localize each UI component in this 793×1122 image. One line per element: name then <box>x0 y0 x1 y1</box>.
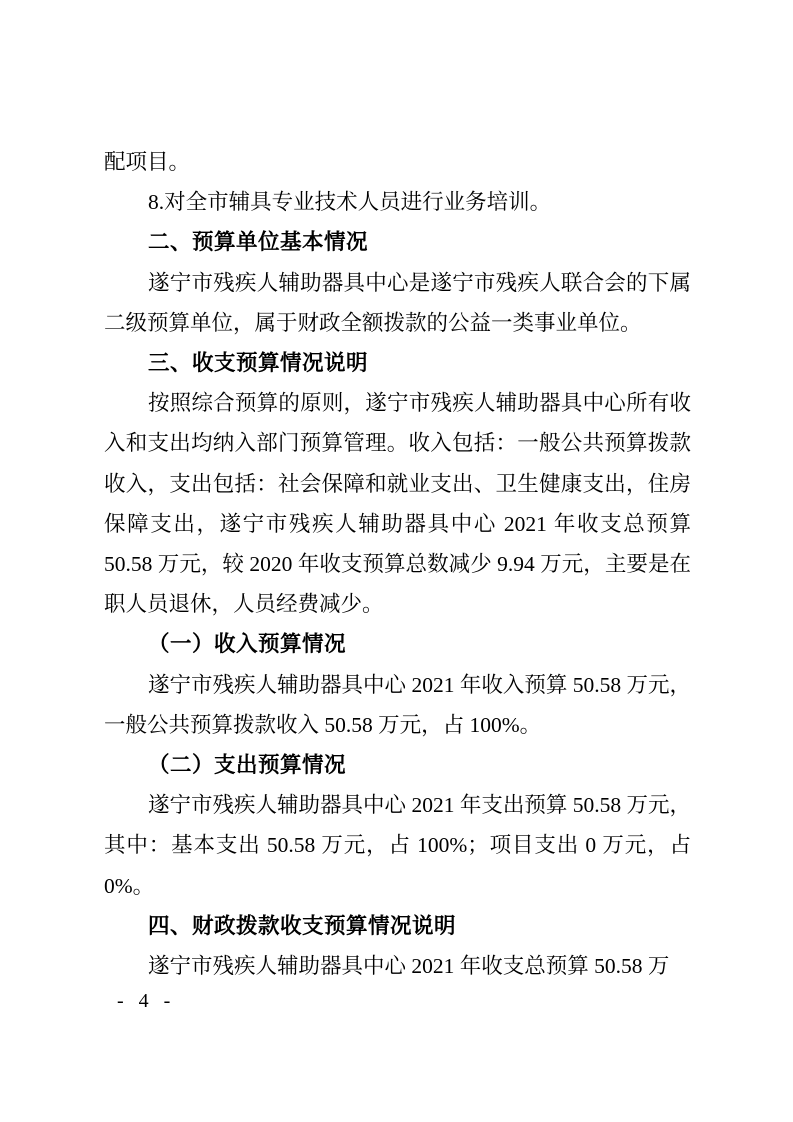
document-body: 配项目。 8.对全市辅具专业技术人员进行业务培训。 二、预算单位基本情况 遂宁市… <box>104 142 691 986</box>
paragraph-budget-overview: 按照综合预算的原则，遂宁市残疾人辅助器具中心所有收入和支出均纳入部门预算管理。收… <box>104 383 691 624</box>
subsection-heading-expenditure: （二）支出预算情况 <box>104 745 691 785</box>
subsection-heading-income: （一）收入预算情况 <box>104 624 691 664</box>
paragraph-income-budget: 遂宁市残疾人辅助器具中心 2021 年收入预算 50.58 万元，一般公共预算拨… <box>104 665 691 745</box>
paragraph-unit-overview: 遂宁市残疾人辅助器具中心是遂宁市残疾人联合会的下属二级预算单位，属于财政全额拨款… <box>104 263 691 343</box>
document-page: 配项目。 8.对全市辅具专业技术人员进行业务培训。 二、预算单位基本情况 遂宁市… <box>0 0 793 1122</box>
section-heading-4: 四、财政拨款收支预算情况说明 <box>104 906 691 946</box>
paragraph-item-8: 8.对全市辅具专业技术人员进行业务培训。 <box>104 182 691 222</box>
section-heading-3: 三、收支预算情况说明 <box>104 343 691 383</box>
paragraph-expenditure-budget: 遂宁市残疾人辅助器具中心 2021 年支出预算 50.58 万元，其中：基本支出… <box>104 785 691 906</box>
section-heading-2: 二、预算单位基本情况 <box>104 222 691 262</box>
page-number: - 4 - <box>117 986 175 1016</box>
paragraph-fiscal-appropriation: 遂宁市残疾人辅助器具中心 2021 年收支总预算 50.58 万 <box>104 946 691 986</box>
paragraph-continuation: 配项目。 <box>104 142 691 182</box>
